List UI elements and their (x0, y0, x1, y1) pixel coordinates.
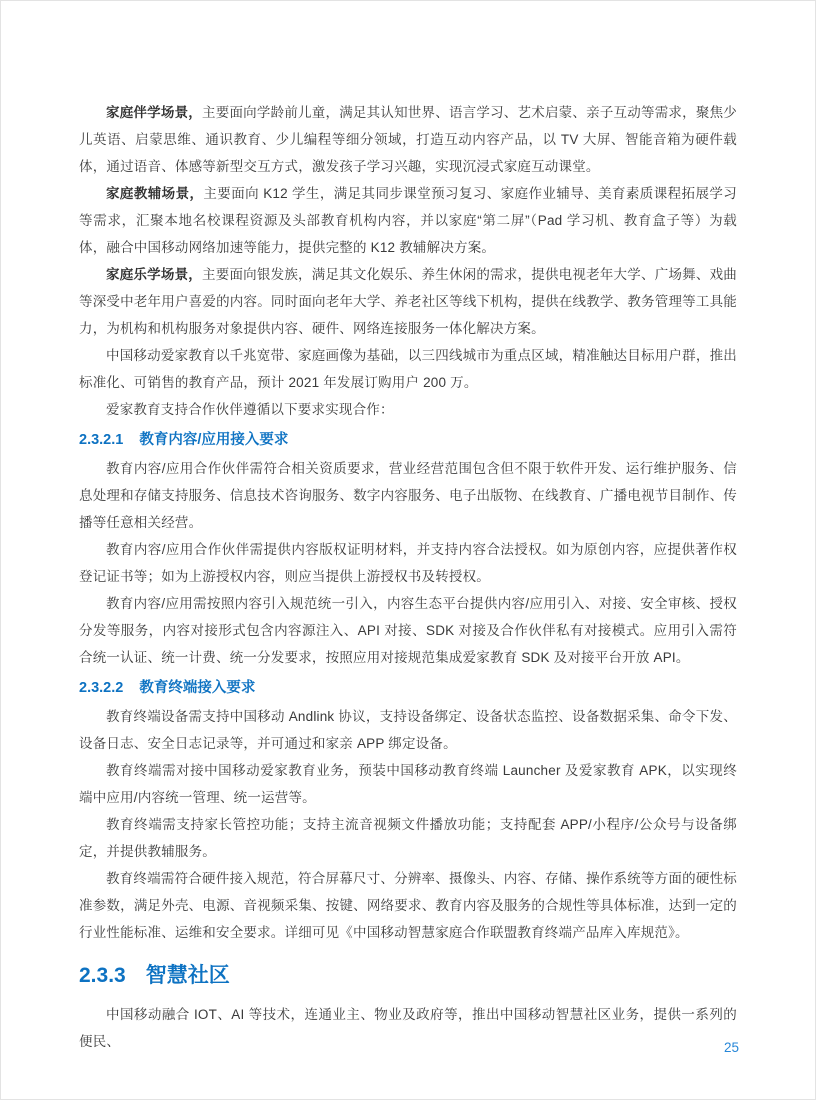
paragraph-lead: 家庭教辅场景， (106, 186, 203, 201)
paragraph-smart-community-intro: 中国移动融合 IOT、AI 等技术，连通业主、物业及政府等，推出中国移动智慧社区… (79, 1001, 737, 1055)
heading-title: 教育内容/应用接入要求 (139, 432, 288, 448)
paragraph-home-leisure-learning: 家庭乐学场景，主要面向银发族，满足其文化娱乐、养生休闲的需求，提供电视老年大学、… (79, 261, 737, 342)
heading-content-app-access: 2.3.2.1教育内容/应用接入要求 (79, 430, 737, 450)
paragraph-hardware-spec: 教育终端需符合硬件接入规范，符合屏幕尺寸、分辨率、摄像头、内容、存储、操作系统等… (79, 865, 737, 946)
paragraph-qualification-requirements: 教育内容/应用合作伙伴需符合相关资质要求，营业经营范围包含但不限于软件开发、运行… (79, 455, 737, 536)
paragraph-lead: 家庭伴学场景， (106, 105, 202, 120)
paragraph-lead: 家庭乐学场景， (106, 267, 202, 282)
paragraph-home-tutoring: 家庭教辅场景，主要面向 K12 学生，满足其同步课堂预习复习、家庭作业辅导、美育… (79, 180, 737, 261)
heading-number: 2.3.2.1 (79, 432, 123, 448)
heading-smart-community: 2.3.3智慧社区 (79, 962, 737, 990)
paragraph-launcher-apk: 教育终端需对接中国移动爱家教育业务，预装中国移动教育终端 Launcher 及爱… (79, 757, 737, 811)
heading-terminal-access: 2.3.2.2教育终端接入要求 (79, 678, 737, 698)
heading-title: 智慧社区 (146, 964, 230, 987)
heading-number: 2.3.3 (79, 964, 126, 987)
heading-title: 教育终端接入要求 (139, 680, 255, 696)
paragraph-andlink-protocol: 教育终端设备需支持中国移动 Andlink 协议，支持设备绑定、设备状态监控、设… (79, 703, 737, 757)
paragraph-copyright-requirements: 教育内容/应用合作伙伴需提供内容版权证明材料，并支持内容合法授权。如为原创内容，… (79, 536, 737, 590)
paragraph-content-import-spec: 教育内容/应用需按照内容引入规范统一引入，内容生态平台提供内容/应用引入、对接、… (79, 590, 737, 671)
paragraph-target-users: 中国移动爱家教育以千兆宽带、家庭画像为基础，以三四线城市为重点区域，精准触达目标… (79, 342, 737, 396)
paragraph-cooperation-intro: 爱家教育支持合作伙伴遵循以下要求实现合作： (79, 396, 737, 423)
paragraph-home-companion-learning: 家庭伴学场景，主要面向学龄前儿童，满足其认知世界、语言学习、艺术启蒙、亲子互动等… (79, 99, 737, 180)
heading-number: 2.3.2.2 (79, 680, 123, 696)
page-content: 家庭伴学场景，主要面向学龄前儿童，满足其认知世界、语言学习、艺术启蒙、亲子互动等… (79, 99, 737, 1055)
paragraph-parental-control: 教育终端需支持家长管控功能；支持主流音视频文件播放功能；支持配套 APP/小程序… (79, 811, 737, 865)
page-number: 25 (724, 1040, 739, 1055)
document-page: 家庭伴学场景，主要面向学龄前儿童，满足其认知世界、语言学习、艺术启蒙、亲子互动等… (0, 0, 816, 1100)
